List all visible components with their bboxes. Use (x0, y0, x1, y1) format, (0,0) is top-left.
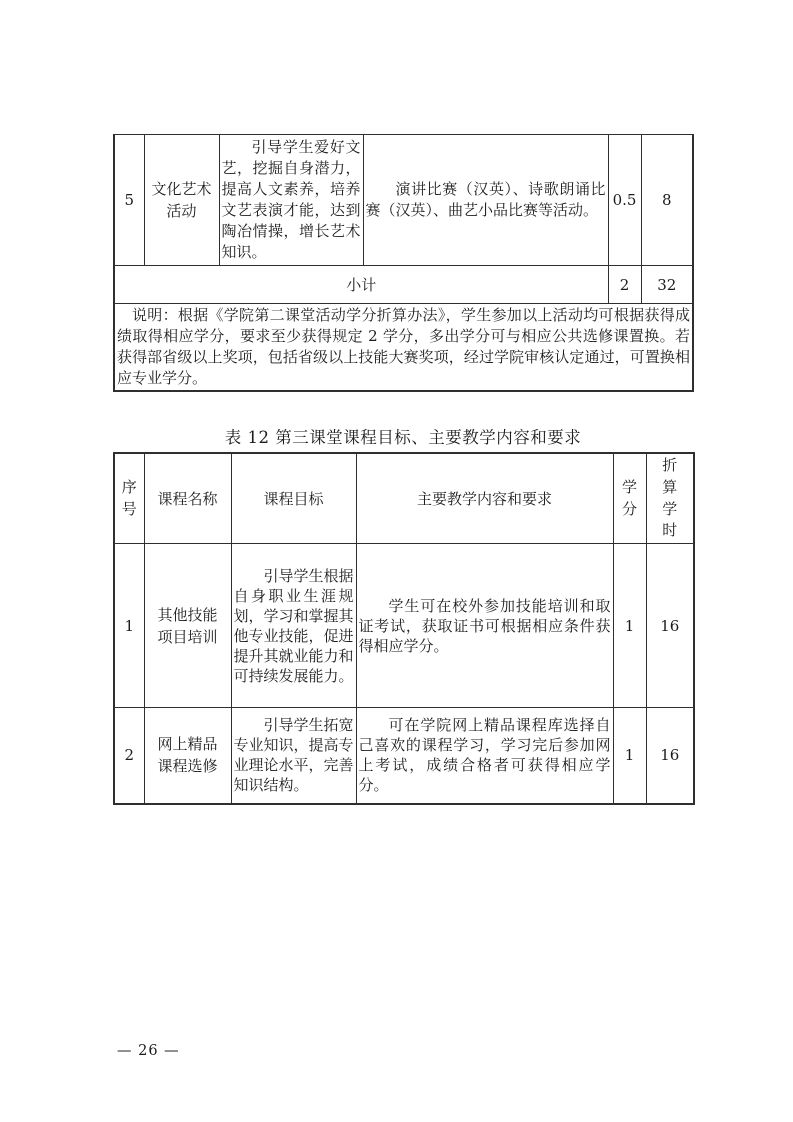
subtotal-credits: 2 (608, 266, 641, 304)
course-goal: 引导学生拓宽专业知识，提高专业理论水平，完善知识结构。 (231, 708, 356, 804)
course-number: 2 (114, 708, 144, 804)
course-row-2: 2 网上精品 课程选修 引导学生拓宽专业知识，提高专业理论水平，完善知识结构。 … (114, 708, 694, 804)
course-content: 学生可在校外参加技能培训和取证考试，获取证书可根据相应条件获得相应学分。 (356, 544, 613, 708)
subtotal-label: 小计 (114, 266, 608, 304)
header-credits: 学分 (613, 453, 646, 544)
second-classroom-activities-table: 5 文化艺术 活动 引导学生爱好文艺，挖掘自身潜力，提高人文素养，培养文艺表演才… (113, 134, 694, 392)
header-no-label: 序号 (121, 477, 137, 521)
activity-goal: 引导学生爱好文艺，挖掘自身潜力，提高人文素养，培养文艺表演才能，达到陶冶情操，增… (219, 135, 363, 266)
course-name: 其他技能 项目培训 (144, 544, 231, 708)
table-header-row: 序号 课程名称 课程目标 主要教学内容和要求 学分 折算学时 (114, 453, 694, 544)
header-credits-label: 学分 (622, 477, 638, 521)
course-goal: 引导学生根据自身职业生涯规划，学习和掌握其他专业技能，促进提升其就业能力和可持续… (231, 544, 356, 708)
header-main-content: 主要教学内容和要求 (356, 453, 613, 544)
note-row: 说明：根据《学院第二课堂活动学分折算办法》，学生参加以上活动均可根据获得成绩取得… (114, 304, 693, 392)
subtotal-hours: 32 (641, 266, 693, 304)
header-course-name: 课程名称 (144, 453, 231, 544)
course-row-1: 1 其他技能 项目培训 引导学生根据自身职业生涯规划，学习和掌握其他专业技能，促… (114, 544, 694, 708)
activity-content: 演讲比赛（汉英）、诗歌朗诵比赛（汉英）、曲艺小品比赛等活动。 (363, 135, 608, 266)
course-name: 网上精品 课程选修 (144, 708, 231, 804)
third-classroom-courses-table: 序号 课程名称 课程目标 主要教学内容和要求 学分 折算学时 1 其他技能 项目… (113, 452, 695, 805)
activity-number: 5 (114, 135, 144, 266)
course-credits: 1 (613, 544, 646, 708)
subtotal-row: 小计 2 32 (114, 266, 693, 304)
header-course-goal: 课程目标 (231, 453, 356, 544)
activity-name: 文化艺术 活动 (144, 135, 219, 266)
course-content: 可在学院网上精品课程库选择自己喜欢的课程学习，学习完后参加网上考试，成绩合格者可… (356, 708, 613, 804)
activity-row-5: 5 文化艺术 活动 引导学生爱好文艺，挖掘自身潜力，提高人文素养，培养文艺表演才… (114, 135, 693, 266)
course-hours: 16 (646, 708, 694, 804)
activity-hours: 8 (641, 135, 693, 266)
table-12-caption: 表 12 第三课堂课程目标、主要教学内容和要求 (113, 424, 693, 448)
header-hours-label: 折算学时 (662, 455, 678, 542)
page-number: — 26 — (117, 1043, 180, 1059)
course-hours: 16 (646, 544, 694, 708)
header-hours: 折算学时 (646, 453, 694, 544)
note-text: 说明：根据《学院第二课堂活动学分折算办法》，学生参加以上活动均可根据获得成绩取得… (114, 304, 693, 392)
document-page: 5 文化艺术 活动 引导学生爱好文艺，挖掘自身潜力，提高人文素养，培养文艺表演才… (0, 0, 793, 1122)
course-number: 1 (114, 544, 144, 708)
course-credits: 1 (613, 708, 646, 804)
activity-credits: 0.5 (608, 135, 641, 266)
header-no: 序号 (114, 453, 144, 544)
